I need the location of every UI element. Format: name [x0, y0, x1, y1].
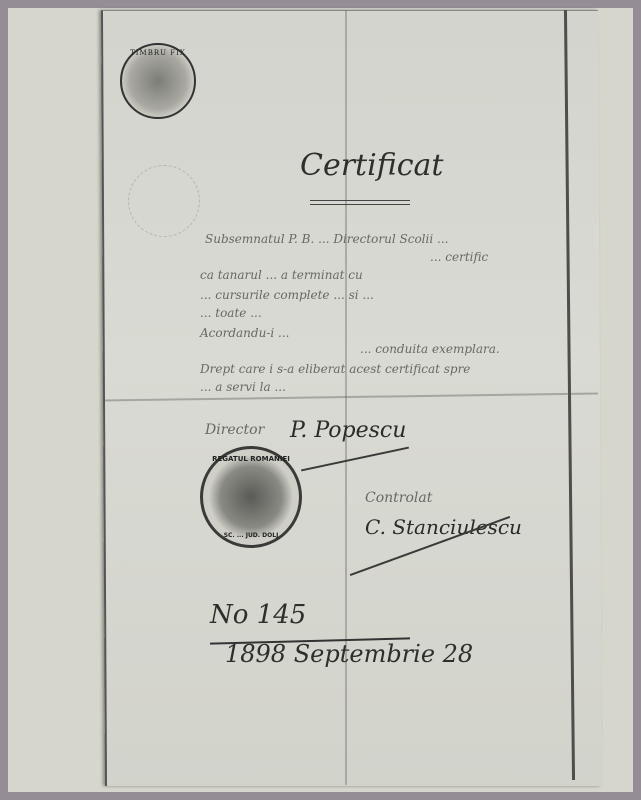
- controller-label: Controlat: [365, 490, 432, 506]
- certificate-date: 1898 Septembrie 28: [225, 640, 473, 668]
- certificate-title: Certificat: [300, 148, 443, 183]
- body-line: ca tanarul ... a terminat cu: [200, 268, 363, 282]
- body-line: ... a servi la ...: [200, 380, 286, 394]
- director-label: Director: [205, 422, 264, 438]
- official-seal-icon: REGATUL ROMANIEI SC. ... JUD. DOLJ: [200, 446, 302, 548]
- body-line: Subsemnatul P. B. ... Directorul Scolii …: [205, 232, 448, 246]
- body-line: ... cursurile complete ... si ...: [200, 288, 374, 302]
- director-signature: P. Popescu: [290, 418, 406, 443]
- certificate-number: No 145: [210, 600, 306, 630]
- body-line: Drept care i s-a eliberat acest certific…: [200, 362, 470, 376]
- tax-stamp-icon: TIMBRU FIX: [120, 43, 196, 119]
- controller-signature: C. Stanciulescu: [365, 515, 522, 539]
- seal-top-text: REGATUL ROMANIEI: [203, 455, 299, 463]
- title-underline: [310, 200, 410, 205]
- embossed-seal-icon: [128, 165, 200, 237]
- body-line: ... conduita exemplara.: [360, 342, 500, 356]
- tax-stamp-label: TIMBRU FIX: [122, 49, 194, 57]
- body-line: Acordandu-i ...: [200, 326, 289, 340]
- seal-bottom-text: SC. ... JUD. DOLJ: [203, 532, 299, 539]
- body-line: ... certific: [430, 250, 488, 264]
- body-line: ... toate ...: [200, 306, 262, 320]
